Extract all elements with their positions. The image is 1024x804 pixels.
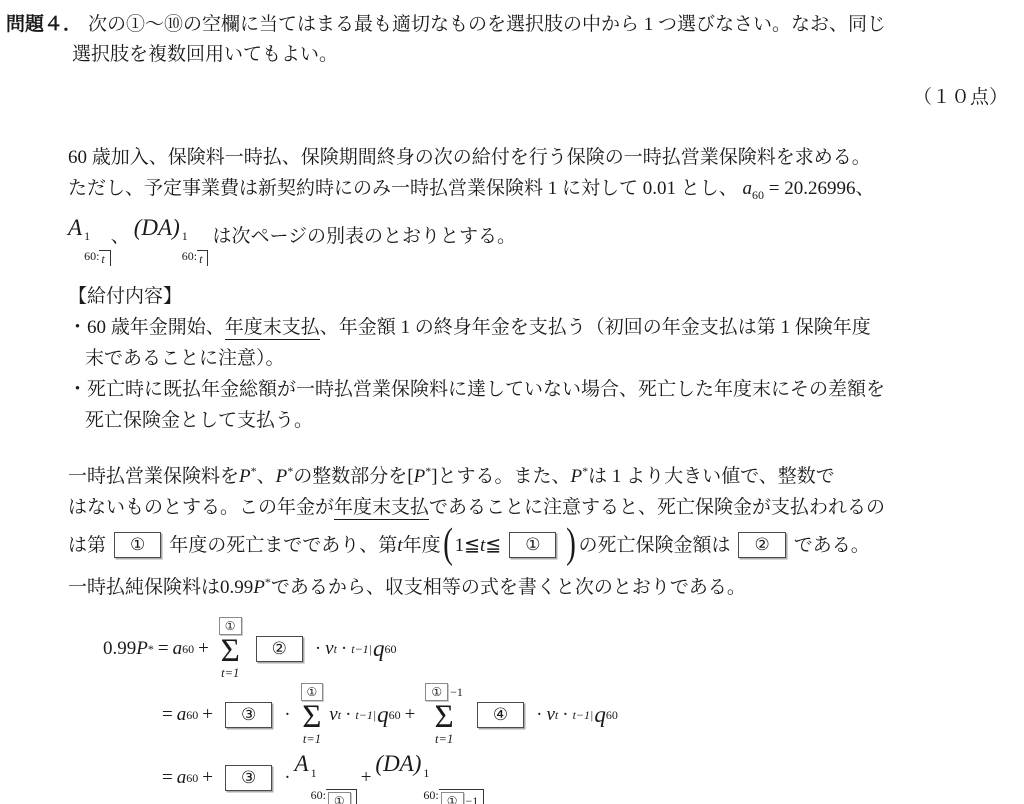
answer-box-3: ③ [225, 765, 272, 791]
benefits-section: 【給付内容】 ・60 歳年金開始、年度末支払、年金額 1 の終身年金を支払う（初… [68, 281, 1008, 436]
multiplication-dot: · [284, 767, 290, 789]
coefficient-099: 0.99 [103, 638, 136, 660]
q-subscript: 60 [389, 708, 401, 723]
P-star: P [239, 466, 251, 487]
A-symbol: A [295, 751, 309, 776]
d1-text4: とする。また、 [438, 466, 571, 487]
sum-lower-limit: t=1 [435, 733, 453, 747]
sigma-symbol: Σ [221, 636, 240, 667]
a60-value: = 20.26996 [769, 178, 856, 199]
benefit1-underlined-term: 年度末支払 [225, 317, 320, 340]
DA-subscript-60: 60: [182, 250, 197, 262]
equals-sign: = [162, 767, 173, 789]
answer-box-3: ③ [225, 702, 272, 728]
minus-one: −1 [450, 685, 463, 700]
answer-box-1: ① [114, 532, 161, 558]
d3-text1: は第 [68, 530, 106, 561]
multiplication-dot: · [284, 704, 290, 726]
multiplication-dot: · [315, 638, 321, 660]
DA-superscript: 1 [423, 767, 429, 779]
DA-scripts: 160:①−1 [423, 767, 484, 804]
a60-subscript: 60 [186, 771, 198, 786]
intro-line2-end: 、 [855, 178, 874, 199]
multiplication-dot: · [562, 704, 568, 726]
A-subscript-t: t [101, 253, 104, 265]
problem-header: 問題４． 次の①～⑩の空欄に当てはまる最も適切なものを選択肢の中から 1 つ選び… [6, 10, 1024, 40]
A-superscript: 1 [84, 230, 90, 242]
a60-subscript: 60 [186, 708, 198, 723]
minus-one: −1 [466, 795, 479, 804]
multiplication-dot: · [536, 704, 542, 726]
discussion-line2: はないものとする。この年金が年度末支払であることに注意すると、死亡保険金が支払わ… [68, 492, 1008, 523]
DA-scripts: 160:t [182, 230, 209, 266]
DA-term-boxed: (DA)160:①−1 [375, 751, 484, 804]
instruction-line2: 選択肢を複数回用いてもよい。 [72, 40, 1024, 70]
equation-1: 0.99P* = a60 + ① Σ t=1 ② · vt · t−1|q60 [103, 617, 1024, 681]
answer-box-2: ② [738, 532, 785, 558]
q-prescript: t−1| [351, 642, 372, 657]
d1-text3: の整数部分を [293, 466, 407, 487]
answer-box-1: ① [509, 532, 556, 558]
d3-text4: の死亡保険金額は [578, 530, 730, 561]
intro-line3: A160:t 、 (DA)160:t は次ページの別表のとおりとする。 [68, 213, 1008, 259]
answer-box-2: ② [256, 636, 303, 662]
duration-angle: t [197, 250, 208, 266]
d4-text2: であるから、収支相等の式を書くと次のとおりである。 [271, 577, 746, 598]
benefits-heading: 【給付内容】 [68, 281, 1008, 312]
sum-lower-limit: t=1 [303, 733, 321, 747]
summation-3: ①−1 Σ t=1 [425, 683, 463, 747]
d3-text5: である。 [794, 530, 870, 561]
discount-v: v [325, 638, 333, 660]
A-subscript-60: 60: [84, 250, 99, 262]
mortality-q: q [594, 702, 606, 728]
d2-text1: はないものとする。この年金が [68, 497, 334, 518]
P-star: P [276, 466, 288, 487]
multiplication-dot: · [345, 704, 351, 726]
q-prescript: t−1| [355, 708, 376, 723]
A-scripts: 160:① [311, 767, 357, 804]
d1-text5: は 1 より大きい値で、整数で [588, 466, 835, 487]
problem-number-label: 問題４． [6, 10, 82, 40]
big-left-paren: ( [443, 528, 453, 562]
instruction-line1: 次の①～⑩の空欄に当てはまる最も適切なものを選択肢の中から 1 つ選びなさい。な… [88, 10, 886, 40]
benefit1-pre: ・60 歳年金開始、 [68, 317, 225, 338]
d2-text2: であることに注意すると、死亡保険金が支払われるの [429, 497, 885, 518]
P-star: P [414, 466, 426, 487]
equation-2: = a60 + ③ · ① Σ t=1 vt · t−1|q60 + ①−1 Σ… [158, 683, 1024, 747]
A-subscript-60: 60: [311, 789, 326, 801]
discussion-paragraph: 一時払営業保険料をP*、P*の整数部分を[P*]とする。また、P*は 1 より大… [68, 456, 1008, 603]
A-superscript: 1 [311, 767, 317, 779]
benefit1-post: 、年金額 1 の終身年金を支払う（初回の年金支払は第 1 保険年度 [320, 317, 871, 338]
discussion-line1: 一時払営業保険料をP*、P*の整数部分を[P*]とする。また、P*は 1 より大… [68, 456, 1008, 492]
d3-text3: 年度 [403, 530, 441, 561]
d1-text2: 、 [257, 466, 276, 487]
summation-2: ① Σ t=1 [301, 683, 324, 747]
P-star-sup: * [148, 642, 154, 657]
DA-superscript: 1 [182, 230, 188, 242]
points-label: （１０点） [0, 84, 1024, 112]
discussion-line3: は第 ① 年度の死亡までであり、第t年度 ( 1≦t≦ ① ) の死亡保険金額は… [68, 523, 1008, 567]
A-term: A160:t [68, 212, 111, 261]
A-symbol: A [68, 215, 82, 240]
plus-sign: + [202, 767, 213, 789]
A-term-boxed: A160:① [295, 751, 357, 804]
plus-sign: + [198, 638, 209, 660]
discount-v: v [546, 704, 554, 726]
DA-subscript-t: t [199, 253, 202, 265]
intro-paragraph: 60 歳加入、保険料一時払、保険期間終身の次の給付を行う保険の一時払営業保険料を… [68, 142, 1008, 259]
equals-sign: = [158, 638, 169, 660]
duration-angle: ① [326, 789, 357, 804]
q-subscript: 60 [606, 708, 618, 723]
plus-sign: + [405, 704, 416, 726]
d3-text2: 年度の死亡までであり、第 [169, 530, 397, 561]
DA-symbol: (DA) [134, 215, 180, 240]
benefit-item-2-cont: 死亡保険金として支払う。 [85, 405, 1008, 436]
leq-sign: ≦ [485, 530, 501, 561]
A-scripts: 160:t [84, 230, 111, 266]
intro-line2-text: ただし、予定事業費は新契約時にのみ一時払営業保険料 1 に対して 0.01 とし… [68, 178, 738, 199]
plus-sign: + [361, 767, 372, 789]
q-subscript: 60 [384, 642, 396, 657]
a60-symbol: a [177, 767, 187, 789]
a60-subscript: 60 [752, 188, 764, 202]
sub-box-1: ① [328, 792, 351, 804]
a60-symbol: a [173, 638, 183, 660]
benefit-item-2: ・死亡時に既払年金総額が一時払営業保険料に達していない場合、死亡した年度末にその… [68, 374, 1008, 405]
sum-lower-limit: t=1 [221, 667, 239, 681]
DA-subscript-60: 60: [423, 789, 438, 801]
benefit-item-1-cont: 末であることに注意）。 [85, 343, 1008, 374]
d4-text1: 一時払純保険料は [68, 577, 220, 598]
a60-symbol: a [177, 704, 187, 726]
sub-box-1: ① [441, 792, 464, 804]
d2-underlined-term: 年度末支払 [334, 497, 429, 520]
answer-box-4: ④ [477, 702, 524, 728]
P-star: P [571, 466, 583, 487]
discussion-line4: 一時払純保険料は0.99P*であるから、収支相等の式を書くと次のとおりである。 [68, 567, 1008, 603]
condition-lower: 1≦ [455, 530, 480, 561]
a60-subscript: 60 [182, 642, 194, 657]
mortality-q: q [373, 636, 385, 662]
v-exponent: t [555, 708, 558, 723]
d1-text1: 一時払営業保険料を [68, 466, 239, 487]
a60-symbol: a [743, 178, 753, 199]
intro-line3-end: は次ページの別表のとおりとする。 [212, 221, 516, 252]
duration-angle: t [99, 250, 110, 266]
mortality-q: q [377, 702, 389, 728]
equals-sign: = [162, 704, 173, 726]
sigma-symbol: Σ [435, 702, 454, 733]
summation-1: ① Σ t=1 [219, 617, 242, 681]
big-right-paren: ) [567, 528, 577, 562]
multiplication-dot: · [341, 638, 347, 660]
P-star: P [136, 638, 148, 660]
v-exponent: t [338, 708, 341, 723]
DA-symbol: (DA) [375, 751, 421, 776]
plus-sign: + [202, 704, 213, 726]
intro-line1: 60 歳加入、保険料一時払、保険期間終身の次の給付を行う保険の一時払営業保険料を… [68, 142, 1008, 173]
comma-separator: 、 [111, 221, 130, 252]
duration-angle: ①−1 [439, 789, 485, 804]
P-star: P [253, 577, 265, 598]
sigma-symbol: Σ [302, 702, 321, 733]
intro-line2: ただし、予定事業費は新契約時にのみ一時払営業保険料 1 に対して 0.01 とし… [68, 173, 1008, 211]
q-prescript: t−1| [573, 708, 594, 723]
benefit-item-1: ・60 歳年金開始、年度末支払、年金額 1 の終身年金を支払う（初回の年金支払は… [68, 312, 1008, 343]
coefficient-099: 0.99 [220, 577, 253, 598]
discount-v: v [329, 704, 337, 726]
DA-term: (DA)160:t [134, 212, 209, 261]
exam-page: 問題４． 次の①～⑩の空欄に当てはまる最も適切なものを選択肢の中から 1 つ選び… [0, 0, 1024, 804]
equation-3: = a60 + ③ · A160:① + (DA)160:①−1 [158, 751, 1024, 804]
v-exponent: t [334, 642, 337, 657]
